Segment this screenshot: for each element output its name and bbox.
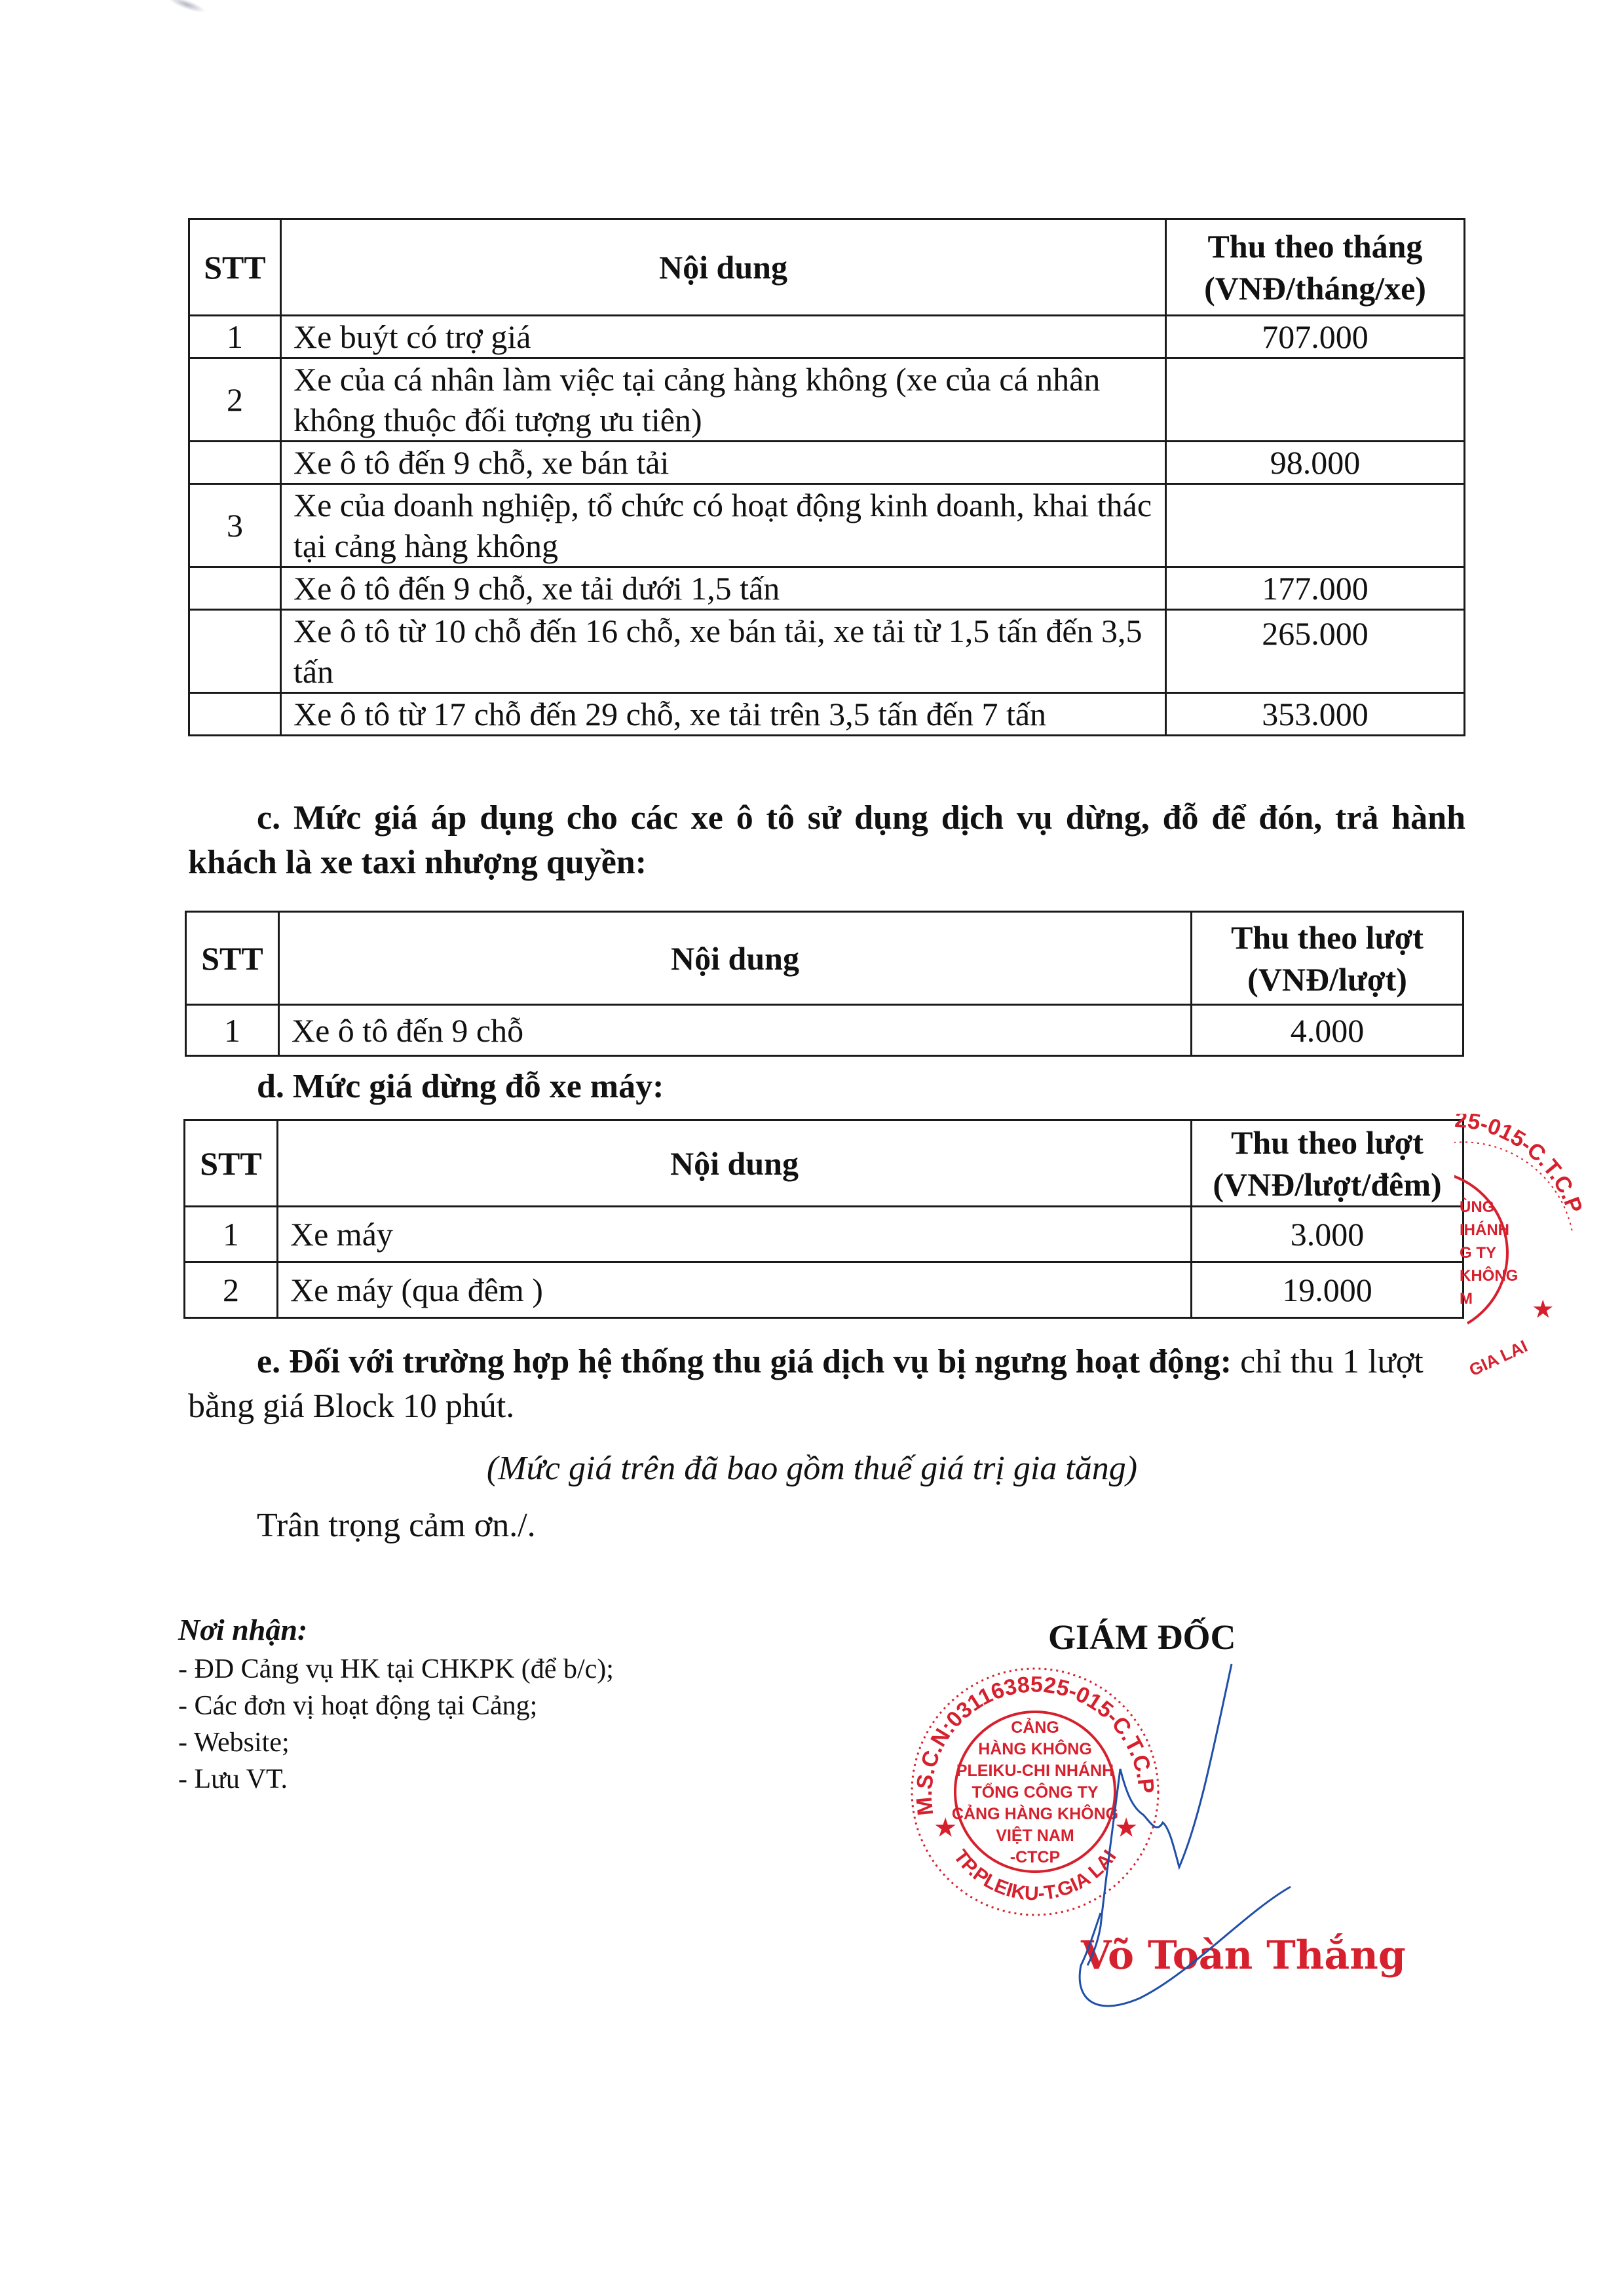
recipients-heading: Nơi nhận: [178, 1612, 614, 1648]
recipient-item: - Website; [178, 1724, 614, 1761]
table-row: Xe ô tô từ 10 chỗ đến 16 chỗ, xe bán tải… [189, 610, 1465, 693]
star-icon: ★ [1533, 1297, 1553, 1322]
vat-note: (Mức giá trên đã bao gồm thuế giá trị gi… [0, 1447, 1624, 1491]
header-stt: STT [185, 1120, 278, 1207]
svg-text:ÙNG: ÙNG [1460, 1198, 1494, 1216]
table-row: 1 Xe ô tô đến 9 chỗ 4.000 [186, 1005, 1463, 1056]
scan-artifact [166, 0, 206, 16]
recipient-item: - ĐD Cảng vụ HK tại CHKPK (để b/c); [178, 1651, 614, 1688]
table-row: 1 Xe buýt có trợ giá 707.000 [189, 316, 1465, 358]
recipients-block: Nơi nhận: - ĐD Cảng vụ HK tại CHKPK (để … [178, 1612, 614, 1798]
table-row: 2 Xe của cá nhân làm việc tại cảng hàng … [189, 358, 1465, 442]
header-price: Thu theo tháng (VNĐ/tháng/xe) [1166, 219, 1465, 316]
svg-text:IHÁNH: IHÁNH [1460, 1220, 1509, 1239]
table-row: Xe ô tô từ 17 chỗ đến 29 chỗ, xe tải trê… [189, 693, 1465, 736]
partial-stamp-icon: 25-015-C.T.C.P ÙNG IHÁNH G TY KHÔNG M ★ … [1454, 1114, 1624, 1376]
header-stt: STT [186, 912, 279, 1005]
section-e-paragraph: e. Đối với trường hợp hệ thống thu giá d… [188, 1340, 1465, 1429]
header-content: Nội dung [281, 219, 1166, 316]
section-c-heading: c. Mức giá áp dụng cho các xe ô tô sử dụ… [188, 796, 1465, 885]
svg-text:G TY: G TY [1460, 1244, 1496, 1262]
recipient-item: - Lưu VT. [178, 1761, 614, 1798]
table-row: 2 Xe máy (qua đêm ) 19.000 [185, 1262, 1463, 1318]
table-header-row: STT Nội dung Thu theo lượt (VNĐ/lượt) [186, 912, 1463, 1005]
table-row: 3 Xe của doanh nghiệp, tổ chức có hoạt đ… [189, 484, 1465, 567]
motorbike-fee-table: STT Nội dung Thu theo lượt (VNĐ/lượt/đêm… [183, 1119, 1464, 1319]
table-header-row: STT Nội dung Thu theo lượt (VNĐ/lượt/đêm… [185, 1120, 1463, 1207]
header-content: Nội dung [278, 1120, 1192, 1207]
table-row: Xe ô tô đến 9 chỗ, xe tải dưới 1,5 tấn 1… [189, 567, 1465, 610]
svg-text:KHÔNG: KHÔNG [1460, 1266, 1518, 1285]
header-price: Thu theo lượt (VNĐ/lượt/đêm) [1192, 1120, 1463, 1207]
section-d-heading: d. Mức giá dừng đỗ xe máy: [257, 1065, 664, 1109]
recipient-item: - Các đơn vị hoạt động tại Cảng; [178, 1688, 614, 1724]
monthly-fee-table: STT Nội dung Thu theo tháng (VNĐ/tháng/x… [188, 218, 1465, 736]
svg-text:M: M [1460, 1290, 1473, 1308]
table-row: Xe ô tô đến 9 chỗ, xe bán tải 98.000 [189, 442, 1465, 484]
section-e-heading: e. Đối với trường hợp hệ thống thu giá d… [257, 1343, 1232, 1380]
closing-line: Trân trọng cảm ơn./. [257, 1504, 536, 1548]
header-content: Nội dung [279, 912, 1192, 1005]
taxi-fee-table: STT Nội dung Thu theo lượt (VNĐ/lượt) 1 … [185, 911, 1464, 1057]
header-stt: STT [189, 219, 281, 316]
table-header-row: STT Nội dung Thu theo tháng (VNĐ/tháng/x… [189, 219, 1465, 316]
signature-icon [1035, 1651, 1297, 2018]
table-row: 1 Xe máy 3.000 [185, 1207, 1463, 1262]
svg-text:GIA LAI: GIA LAI [1466, 1336, 1530, 1376]
header-price: Thu theo lượt (VNĐ/lượt) [1192, 912, 1463, 1005]
star-icon: ★ [935, 1814, 956, 1841]
